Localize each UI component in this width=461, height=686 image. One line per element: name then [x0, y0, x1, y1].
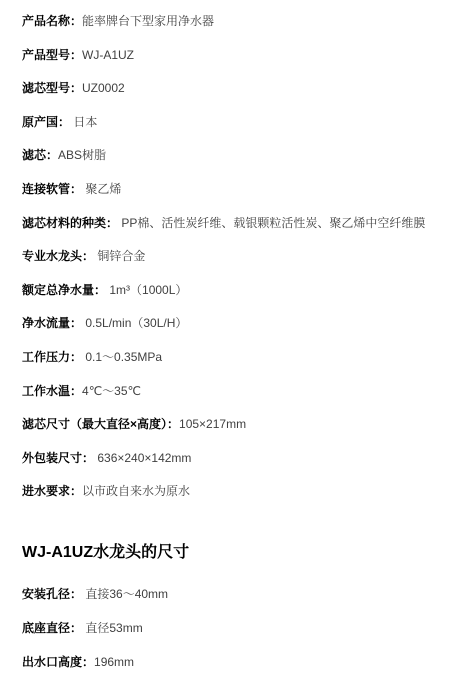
- spec-row-product-model: 产品型号：WJ-A1UZ: [22, 48, 457, 62]
- spec-value-inlet-water-requirement: 以市政自来水为原水: [82, 484, 190, 498]
- spec-label-faucet-material: 专业水龙头：: [22, 249, 94, 263]
- spec-label-base-diameter: 底座直径：: [22, 621, 82, 635]
- spec-row-product-name: 产品名称：能率牌台下型家用净水器: [22, 14, 457, 28]
- spec-label-mounting-hole-diameter: 安装孔径：: [22, 587, 82, 601]
- spec-value-spout-height: 196mm: [94, 655, 134, 669]
- spec-label-rated-capacity: 额定总净水量：: [22, 283, 106, 297]
- spec-row-hose-material: 连接软管： 聚乙烯: [22, 182, 457, 196]
- spec-row-rated-capacity: 额定总净水量： 1m³（1000L）: [22, 283, 457, 297]
- spec-value-faucet-material: 铜锌合金: [94, 249, 145, 263]
- spec-label-working-pressure: 工作压力：: [22, 350, 82, 364]
- spec-value-product-name: 能率牌台下型家用净水器: [82, 14, 214, 28]
- spec-row-cartridge-model: 滤芯型号：UZ0002: [22, 81, 457, 95]
- spec-row-working-pressure: 工作压力： 0.1～0.35MPa: [22, 350, 457, 364]
- spec-label-cartridge-dimensions: 滤芯尺寸（最大直径×高度）：: [22, 417, 179, 431]
- spec-label-filter-media-types: 滤芯材料的种类：: [22, 216, 118, 230]
- spec-value-product-model: WJ-A1UZ: [82, 48, 134, 62]
- spec-row-filter-media-types: 滤芯材料的种类： PP棉、活性炭纤维、载银颗粒活性炭、聚乙烯中空纤维膜: [22, 216, 457, 230]
- spec-row-base-diameter: 底座直径： 直径53mm: [22, 621, 457, 635]
- spec-label-spout-height: 出水口高度：: [22, 655, 94, 669]
- spec-value-country-of-origin: 日本: [70, 115, 97, 129]
- spec-label-working-temperature: 工作水温：: [22, 384, 82, 398]
- spec-label-hose-material: 连接软管：: [22, 182, 82, 196]
- spec-row-package-dimensions: 外包装尺寸： 636×240×142mm: [22, 451, 457, 465]
- spec-value-mounting-hole-diameter: 直接36～40mm: [82, 587, 168, 601]
- spec-label-package-dimensions: 外包装尺寸：: [22, 451, 94, 465]
- spec-row-spout-height: 出水口高度：196mm: [22, 655, 457, 669]
- spec-value-working-pressure: 0.1～0.35MPa: [82, 350, 162, 364]
- spec-value-cartridge-dimensions: 105×217mm: [179, 417, 246, 431]
- spec-value-cartridge-model: UZ0002: [82, 81, 125, 95]
- spec-label-cartridge-material: 滤芯：: [22, 148, 58, 162]
- spec-label-inlet-water-requirement: 进水要求：: [22, 484, 82, 498]
- spec-value-filter-media-types: PP棉、活性炭纤维、载银颗粒活性炭、聚乙烯中空纤维膜: [118, 216, 425, 230]
- spec-row-inlet-water-requirement: 进水要求：以市政自来水为原水: [22, 484, 457, 498]
- spec-label-product-name: 产品名称：: [22, 14, 82, 28]
- product-spec-sheet: 产品名称：能率牌台下型家用净水器 产品型号：WJ-A1UZ 滤芯型号：UZ000…: [0, 0, 461, 686]
- spec-value-cartridge-material: ABS树脂: [58, 148, 106, 162]
- spec-row-cartridge-dimensions: 滤芯尺寸（最大直径×高度）：105×217mm: [22, 417, 457, 431]
- spec-row-faucet-material: 专业水龙头： 铜锌合金: [22, 249, 457, 263]
- spec-row-mounting-hole-diameter: 安装孔径： 直接36～40mm: [22, 587, 457, 601]
- spec-row-flow-rate: 净水流量： 0.5L/min（30L/H）: [22, 316, 457, 330]
- spec-row-country-of-origin: 原产国： 日本: [22, 115, 457, 129]
- spec-row-working-temperature: 工作水温：4℃～35℃: [22, 384, 457, 398]
- spec-value-rated-capacity: 1m³（1000L）: [106, 283, 187, 297]
- spec-value-package-dimensions: 636×240×142mm: [94, 451, 191, 465]
- spec-value-hose-material: 聚乙烯: [82, 182, 121, 196]
- spec-label-country-of-origin: 原产国：: [22, 115, 70, 129]
- spec-label-product-model: 产品型号：: [22, 48, 82, 62]
- spec-row-cartridge-material: 滤芯：ABS树脂: [22, 148, 457, 162]
- spec-value-working-temperature: 4℃～35℃: [82, 384, 141, 398]
- spec-label-flow-rate: 净水流量：: [22, 316, 82, 330]
- faucet-dimensions-heading: WJ-A1UZ水龙头的尺寸: [22, 544, 457, 562]
- spec-value-base-diameter: 直径53mm: [82, 621, 143, 635]
- spec-value-flow-rate: 0.5L/min（30L/H）: [82, 316, 187, 330]
- spec-label-cartridge-model: 滤芯型号：: [22, 81, 82, 95]
